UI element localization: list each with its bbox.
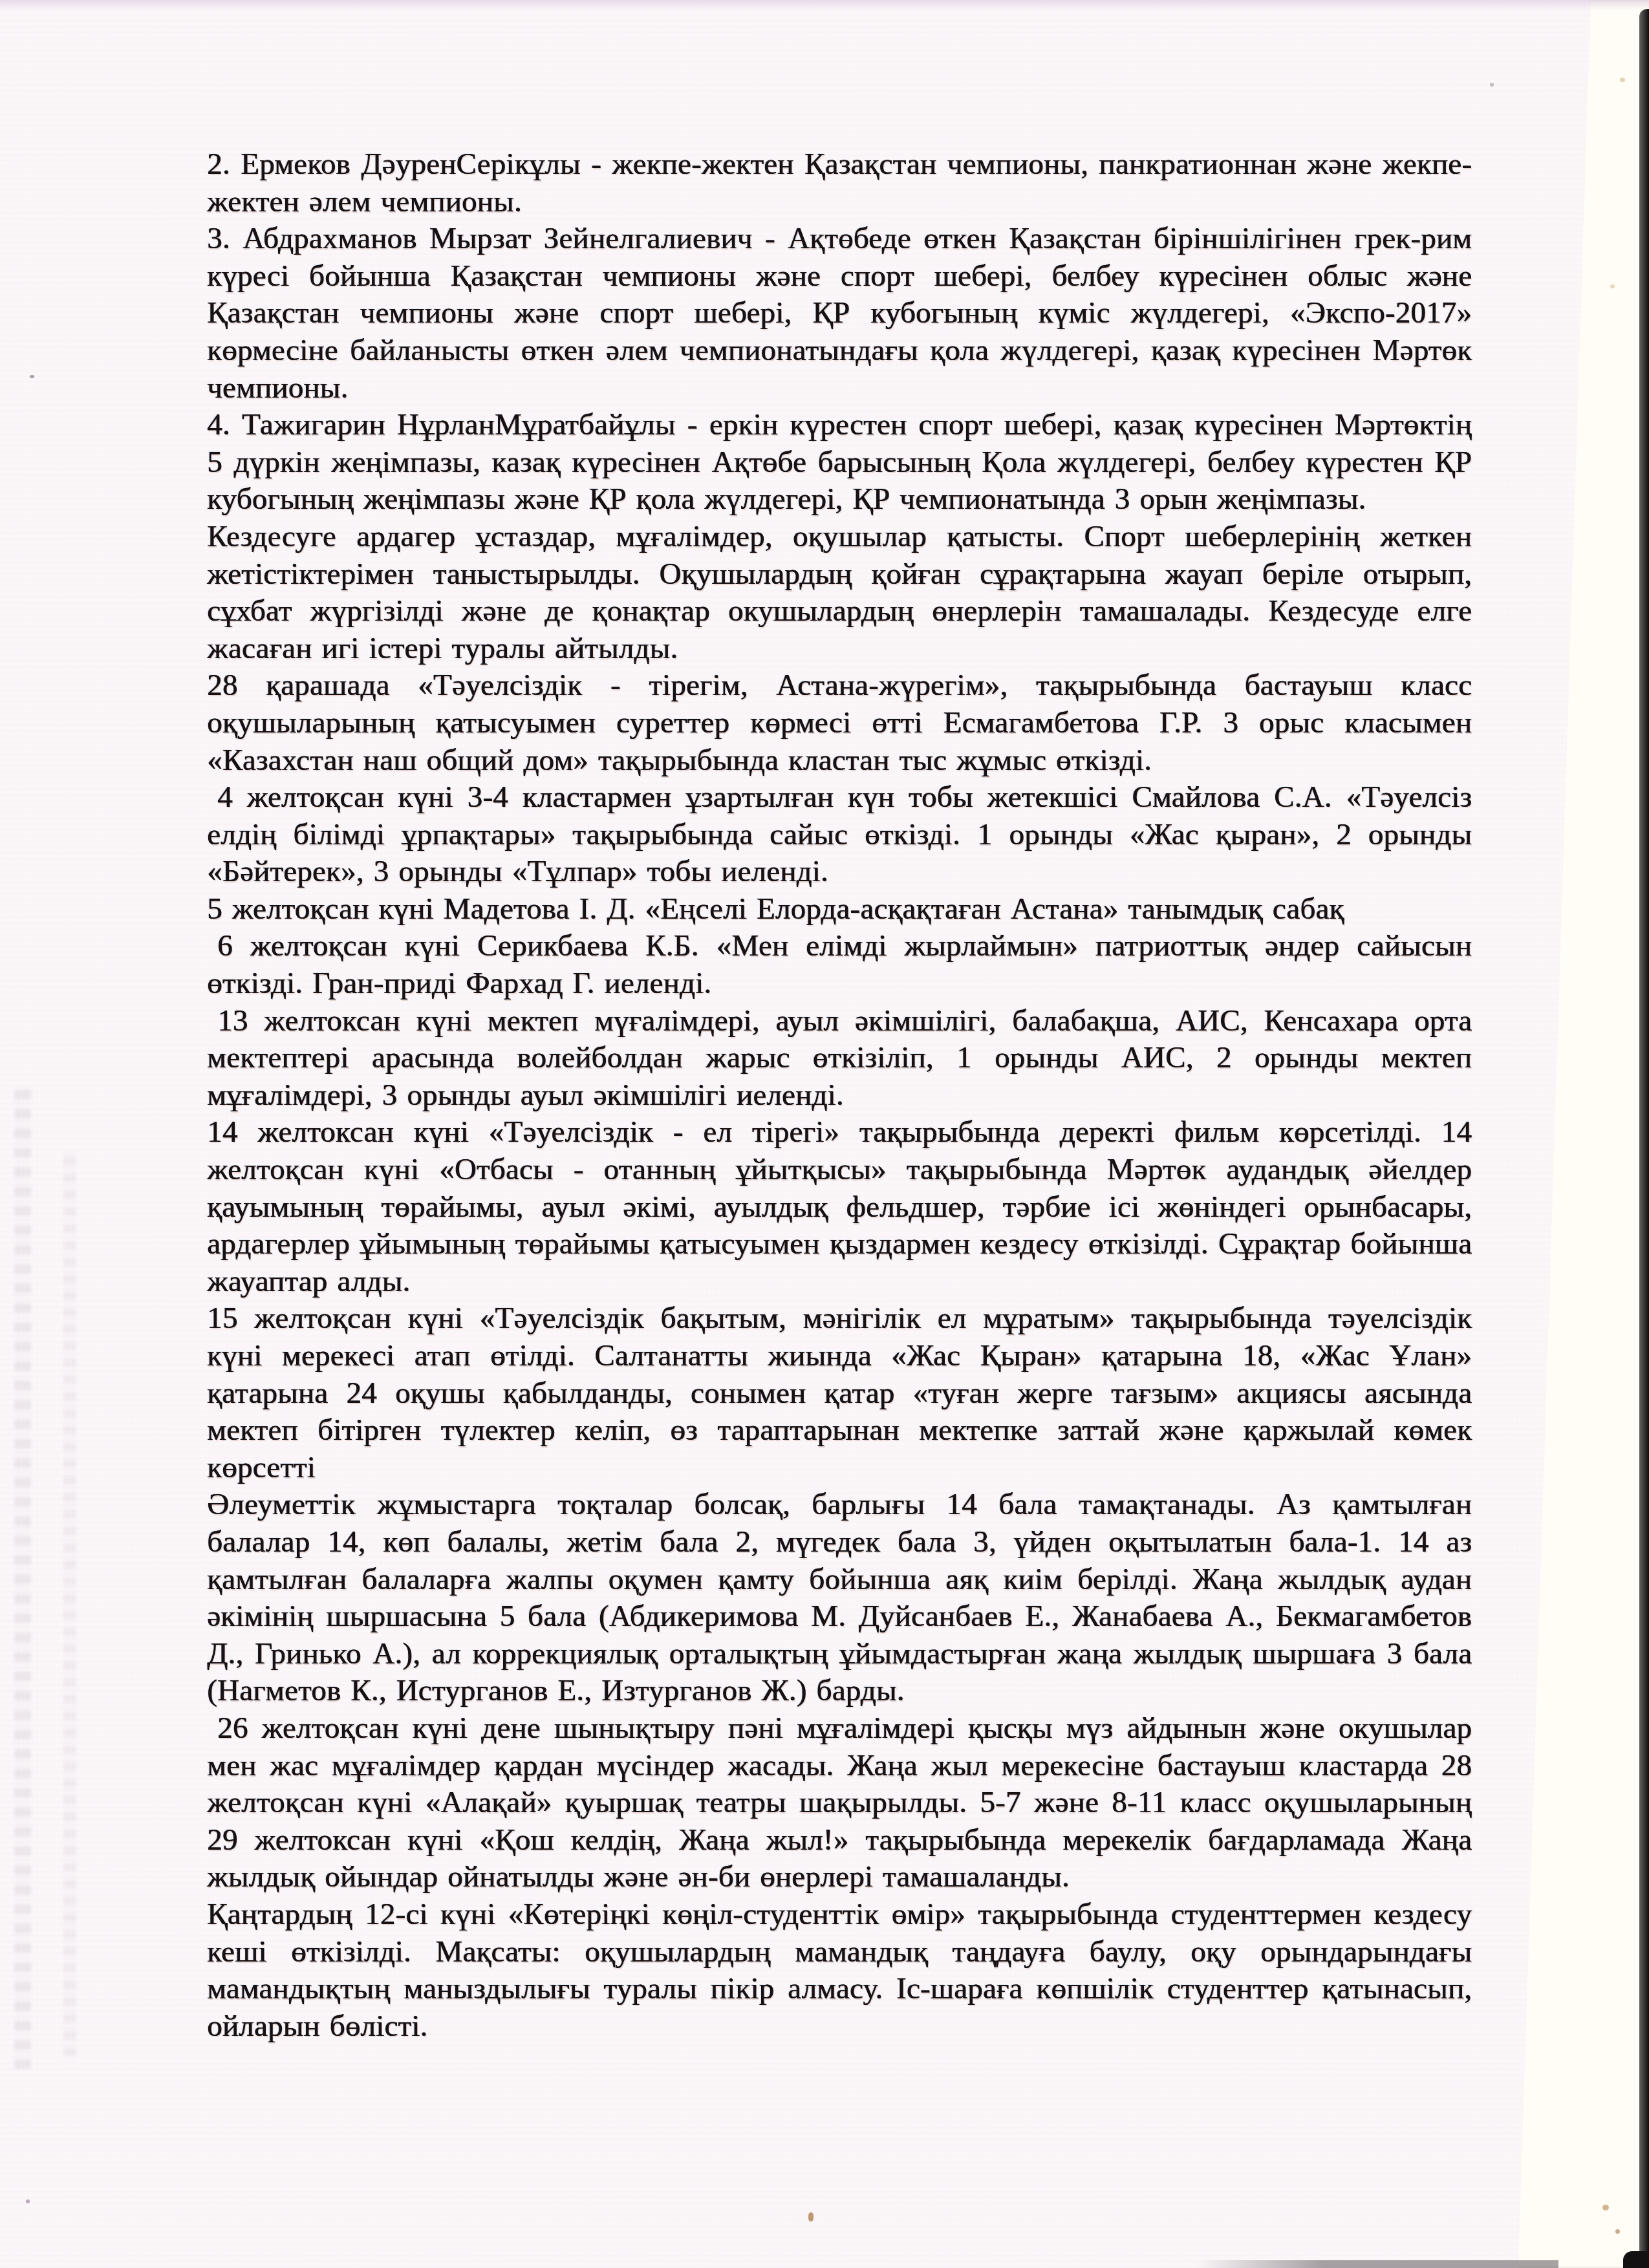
dust-speck	[1490, 83, 1494, 87]
paragraph: Әлеуметтік жұмыстарга тоқталар болсақ, б…	[207, 1486, 1472, 1710]
dust-speck	[1610, 284, 1615, 288]
scanner-backing-right	[1507, 0, 1649, 2268]
dust-speck	[30, 375, 34, 378]
paragraph: 15 желтоқсан күні «Тәуелсіздік бақытым, …	[207, 1300, 1472, 1486]
paragraph: 14 желтоксан күні «Тәуелсіздік - ел тіре…	[207, 1114, 1472, 1300]
scan-ghost-streak	[63, 1151, 76, 2056]
paragraph: 5 желтоқсан күні Мадетова І. Д. «Еңселі …	[207, 891, 1472, 928]
paragraph: 6 желтоқсан күні Серикбаева К.Б. «Мен ел…	[207, 928, 1472, 1002]
paragraph: 2. Ермеков ДәуренСерікұлы - жекпе-жектен…	[207, 146, 1472, 220]
dust-speck	[1615, 2229, 1620, 2234]
text-block: 2. Ермеков ДәуренСерікұлы - жекпе-жектен…	[207, 146, 1472, 2045]
paragraph: 3. Абдрахманов Мырзат Зейнелгалиевич - А…	[207, 220, 1472, 407]
paragraph: 26 желтоқсан күні дене шынықтыру пәні мұ…	[207, 1710, 1472, 1896]
dust-speck	[1602, 2205, 1609, 2210]
paragraph: 4 желтоқсан күні 3-4 кластармен ұзартылғ…	[207, 779, 1472, 891]
paper-bottom-edge	[1196, 2260, 1558, 2268]
scan-top-haze	[0, 0, 1649, 10]
dust-speck	[26, 2199, 30, 2203]
dust-speck	[808, 2212, 814, 2221]
paragraph: 28 қарашада «Тәуелсіздік - тірегім, Аста…	[207, 667, 1472, 779]
paragraph: Кездесуге ардагер ұстаздар, мұғалімдер, …	[207, 519, 1472, 667]
paragraph: 13 желтоксан күні мектеп мүғалімдері, ау…	[207, 1003, 1472, 1115]
paragraph: Қаңтардың 12-сі күні «Көтеріңкі көңіл-ст…	[207, 1896, 1472, 2045]
scan-edge-bottom-right	[1623, 2251, 1649, 2268]
scan-ghost-streak	[14, 1086, 31, 2069]
paragraph: 4. Тажигарин НұрланМұратбайұлы - еркін к…	[207, 407, 1472, 519]
dust-speck	[1620, 78, 1625, 82]
scanned-document-page: 2. Ермеков ДәуренСерікұлы - жекпе-жектен…	[0, 0, 1649, 2268]
scan-edge-right	[1639, 9, 1649, 2268]
